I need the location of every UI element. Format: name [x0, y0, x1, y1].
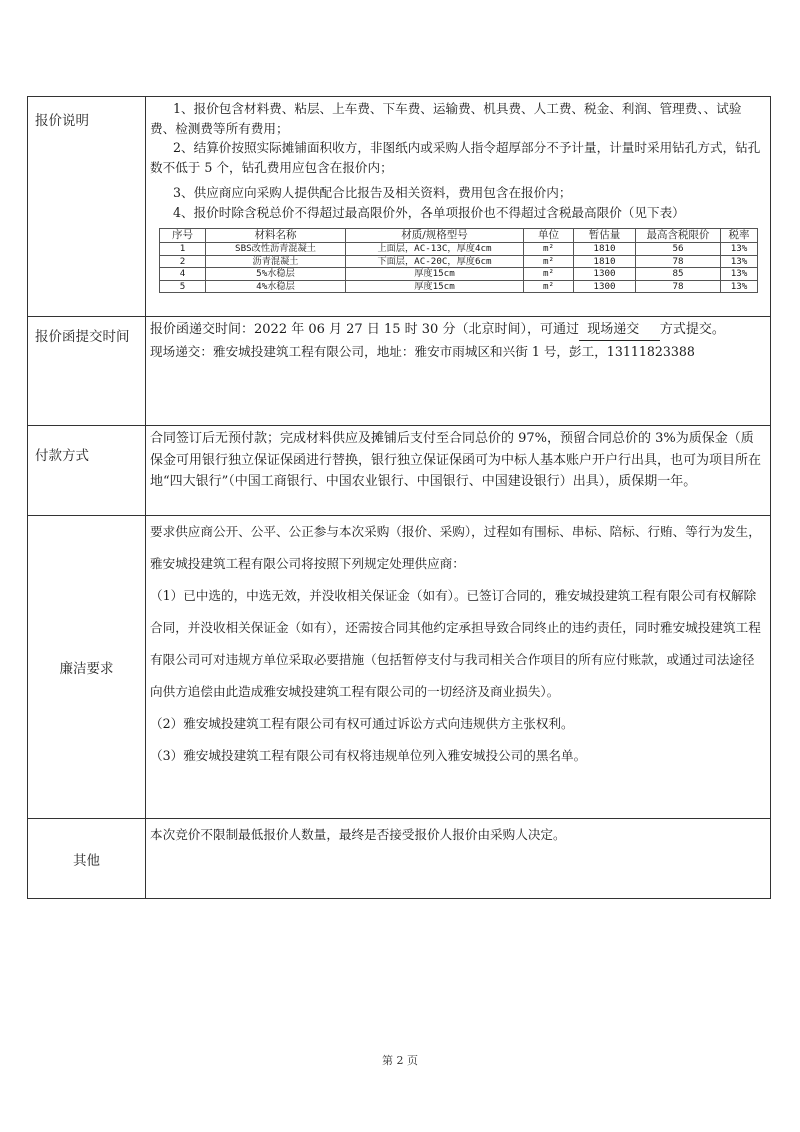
- row-content-cell: 1、报价包含材料费、粘层、上车费、下车费、运输费、机具费、人工费、税金、利润、管…: [146, 97, 771, 317]
- payment-terms: 合同签订后无预付款；完成材料供应及摊铺后支付至合同总价的 97%，预留合同总价的…: [150, 428, 766, 493]
- header-tax-rate: 税率: [721, 229, 758, 243]
- row-label-cell: 廉洁要求: [28, 516, 146, 819]
- row-quote-notes: 报价说明 1、报价包含材料费、粘层、上车费、下车费、运输费、机具费、人工费、税金…: [28, 97, 771, 317]
- cell-material: SBS改性沥青混凝土: [206, 243, 346, 256]
- table-row: 1 SBS改性沥青混凝土 上面层，AC-13C，厚度4cm m² 1810 56…: [160, 243, 758, 256]
- integrity-intro: 要求供应商公开、公平、公正参与本次采购（报价、采购），过程如有围标、串标、陪标、…: [150, 516, 766, 580]
- header-material: 材料名称: [206, 229, 346, 243]
- price-table-header: 序号 材料名称 材质/规格型号 单位 暂估量 最高含税限价 税率: [160, 229, 758, 243]
- row-label: 廉洁要求: [28, 657, 145, 677]
- header-unit: 单位: [524, 229, 574, 243]
- row-content-cell: 报价函递交时间：2022 年 06 月 27 日 15 时 30 分（北京时间）…: [146, 317, 771, 426]
- cell-quantity: 1300: [574, 268, 636, 281]
- table-row: 2 沥青混凝土 下面层，AC-20C，厚度6cm m² 1810 78 13%: [160, 255, 758, 268]
- row-content-cell: 要求供应商公开、公平、公正参与本次采购（报价、采购），过程如有围标、串标、陪标、…: [146, 516, 771, 819]
- other-text: 本次竞价不限制最低报价人数量，最终是否接受报价人报价由采购人决定。: [150, 825, 766, 845]
- row-content-cell: 本次竞价不限制最低报价人数量，最终是否接受报价人报价由采购人决定。: [146, 819, 771, 899]
- row-label-cell: 报价函提交时间: [28, 317, 146, 426]
- cell-tax-rate: 13%: [721, 255, 758, 268]
- header-index: 序号: [160, 229, 206, 243]
- cell-index: 5: [160, 280, 206, 293]
- row-integrity: 廉洁要求 要求供应商公开、公平、公正参与本次采购（报价、采购），过程如有围标、串…: [28, 516, 771, 819]
- document-page: 报价说明 1、报价包含材料费、粘层、上车费、下车费、运输费、机具费、人工费、税金…: [0, 0, 800, 1132]
- cell-index: 4: [160, 268, 206, 281]
- cell-tax-rate: 13%: [721, 243, 758, 256]
- header-spec: 材质/规格型号: [346, 229, 524, 243]
- row-payment: 付款方式 合同签订后无预付款；完成材料供应及摊铺后支付至合同总价的 97%，预留…: [28, 426, 771, 516]
- cell-tax-rate: 13%: [721, 280, 758, 293]
- quote-note-4: 4、报价时除含税总价不得超过最高限价外，各单项报价也不得超过含税最高限价（见下表…: [150, 203, 766, 223]
- integrity-clause-1: （1）已中选的，中选无效，并没收相关保证金（如有）。已签订合同的，雅安城投建筑工…: [150, 580, 766, 708]
- cell-material: 4%水稳层: [206, 280, 346, 293]
- cell-max-price: 56: [636, 243, 721, 256]
- procurement-terms-table: 报价说明 1、报价包含材料费、粘层、上车费、下车费、运输费、机具费、人工费、税金…: [27, 96, 771, 899]
- quote-note-2: 2、结算价按照实际摊铺面积收方，非图纸内或采购人指令超厚部分不予计量，计量时采用…: [150, 138, 766, 177]
- cell-material: 沥青混凝土: [206, 255, 346, 268]
- cell-max-price: 85: [636, 268, 721, 281]
- cell-index: 1: [160, 243, 206, 256]
- cell-index: 2: [160, 255, 206, 268]
- quote-note-1: 1、报价包含材料费、粘层、上车费、下车费、运输费、机具费、人工费、税金、利润、管…: [150, 99, 766, 138]
- header-max-price: 最高含税限价: [636, 229, 721, 243]
- cell-unit: m²: [524, 280, 574, 293]
- row-label: 其他: [28, 849, 145, 869]
- cell-max-price: 78: [636, 280, 721, 293]
- table-row: 4 5%水稳层 厚度15cm m² 1300 85 13%: [160, 268, 758, 281]
- row-label-cell: 其他: [28, 819, 146, 899]
- row-label: 报价函提交时间: [28, 317, 145, 345]
- row-submission-time: 报价函提交时间 报价函递交时间：2022 年 06 月 27 日 15 时 30…: [28, 317, 771, 426]
- cell-spec: 厚度15cm: [346, 280, 524, 293]
- row-label: 付款方式: [28, 426, 145, 464]
- row-other: 其他 本次竞价不限制最低报价人数量，最终是否接受报价人报价由采购人决定。: [28, 819, 771, 899]
- cell-tax-rate: 13%: [721, 268, 758, 281]
- cell-quantity: 1810: [574, 243, 636, 256]
- cell-unit: m²: [524, 255, 574, 268]
- cell-unit: m²: [524, 268, 574, 281]
- cell-spec: 下面层，AC-20C，厚度6cm: [346, 255, 524, 268]
- row-label-cell: 报价说明: [28, 97, 146, 317]
- cell-material: 5%水稳层: [206, 268, 346, 281]
- submission-deadline: 报价函递交时间：2022 年 06 月 27 日 15 时 30 分（北京时间）…: [150, 319, 766, 341]
- cell-spec: 厚度15cm: [346, 268, 524, 281]
- cell-max-price: 78: [636, 255, 721, 268]
- submission-address: 现场递交：雅安城投建筑工程有限公司，地址：雅安市雨城区和兴街 1 号，彭工，13…: [150, 341, 766, 362]
- cell-unit: m²: [524, 243, 574, 256]
- submission-method: 现场递交: [579, 319, 660, 341]
- header-quantity: 暂估量: [574, 229, 636, 243]
- row-content-cell: 合同签订后无预付款；完成材料供应及摊铺后支付至合同总价的 97%，预留合同总价的…: [146, 426, 771, 516]
- cell-quantity: 1810: [574, 255, 636, 268]
- quote-note-3: 3、供应商应向采购人提供配合比报告及相关资料，费用包含在报价内；: [150, 183, 766, 203]
- price-limit-table: 序号 材料名称 材质/规格型号 单位 暂估量 最高含税限价 税率 1 SBS改性…: [159, 228, 758, 293]
- integrity-clause-3: （3）雅安城投建筑工程有限公司有权将违规单位列入雅安城投公司的黑名单。: [150, 740, 766, 772]
- cell-spec: 上面层，AC-13C，厚度4cm: [346, 243, 524, 256]
- row-label: 报价说明: [28, 97, 145, 129]
- table-row: 5 4%水稳层 厚度15cm m² 1300 78 13%: [160, 280, 758, 293]
- integrity-clause-2: （2）雅安城投建筑工程有限公司有权可通过诉讼方式向违规供方主张权利。: [150, 708, 766, 740]
- row-label-cell: 付款方式: [28, 426, 146, 516]
- cell-quantity: 1300: [574, 280, 636, 293]
- page-number: 第 2 页: [0, 1052, 800, 1068]
